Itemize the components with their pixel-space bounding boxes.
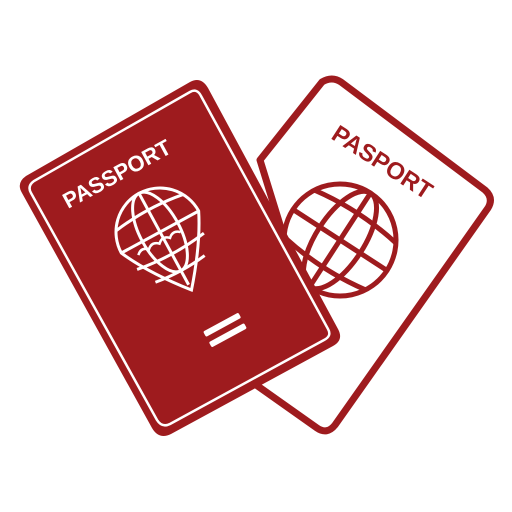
passports-illustration: PASPORT PASSPORT	[0, 0, 512, 512]
